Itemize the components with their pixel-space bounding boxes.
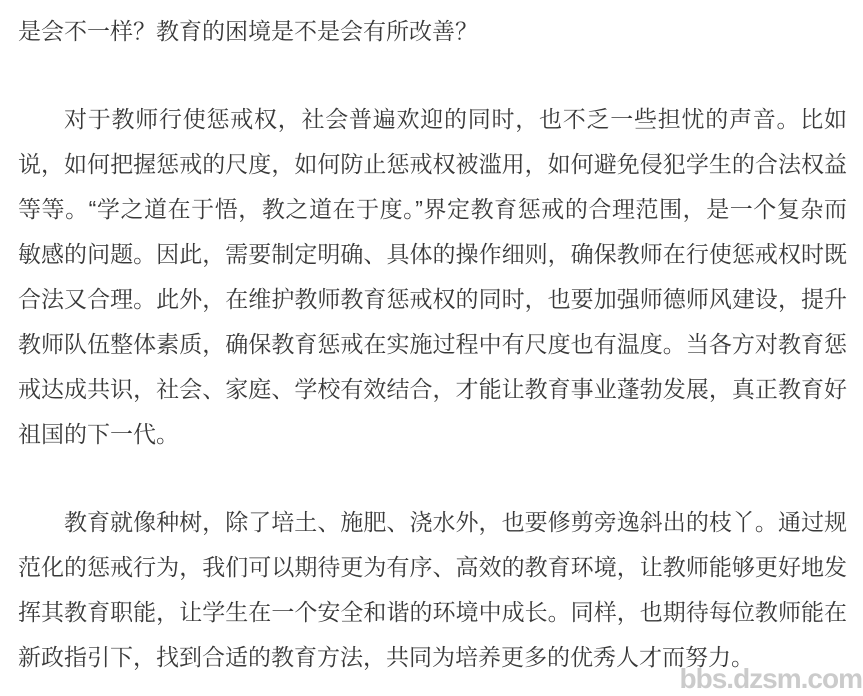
paragraph-continuation: 是会不一样？教育的困境是不是会有所改善？ xyxy=(18,9,847,54)
paragraph-discipline-debate: 对于教师行使惩戒权，社会普遍欢迎的同时，也不乏一些担忧的声音。比如说，如何把握惩… xyxy=(18,97,847,457)
document-body: 是会不一样？教育的困境是不是会有所改善？ 对于教师行使惩戒权，社会普遍欢迎的同时… xyxy=(0,0,863,680)
watermark: bbs.dzsm.com xyxy=(680,663,862,695)
paragraph-education-tree-metaphor: 教育就像种树，除了培土、施肥、浇水外，也要修剪旁逸斜出的枝丫。通过规范化的惩戒行… xyxy=(18,500,847,680)
